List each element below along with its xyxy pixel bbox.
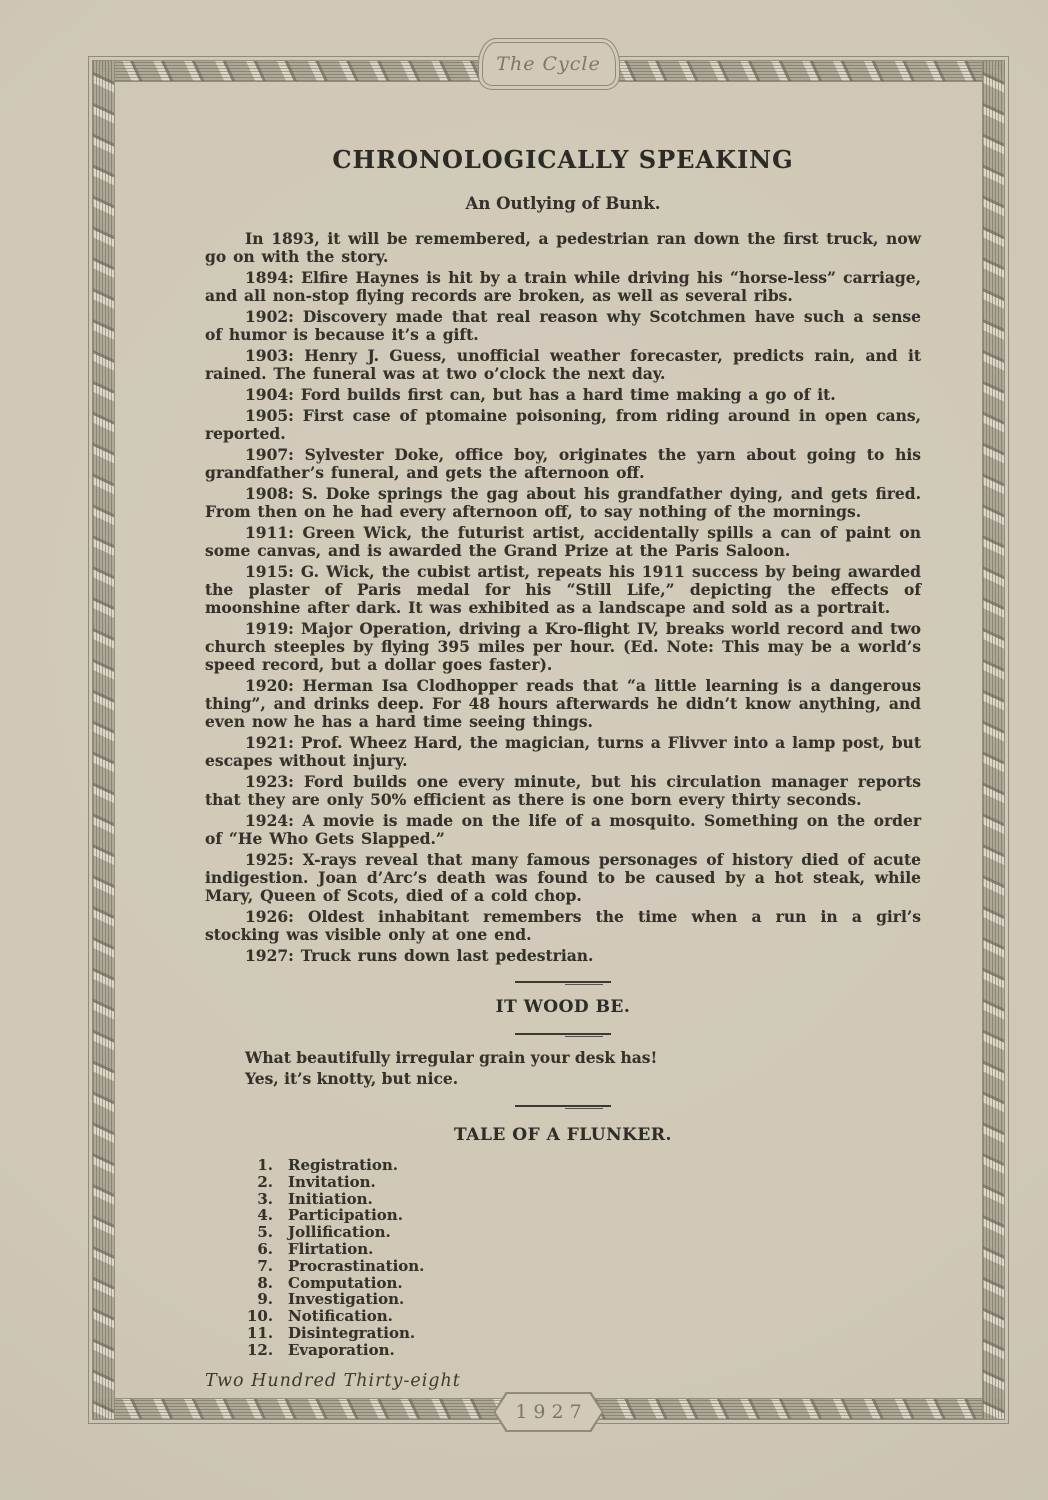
list-item-label: Procrastination. xyxy=(288,1258,424,1275)
chronology-entry: 1903: Henry J. Guess, unofficial weather… xyxy=(205,347,921,383)
chronology-entry: 1911: Green Wick, the futurist artist, a… xyxy=(205,524,921,560)
tale-of-a-flunker-heading: TALE OF A FLUNKER. xyxy=(205,1125,921,1145)
chronology-entry: In 1893, it will be remembered, a pedest… xyxy=(205,230,921,266)
list-item-number: 7. xyxy=(247,1258,273,1275)
chronology-entry: 1905: First case of ptomaine poisoning, … xyxy=(205,407,921,443)
list-item: 10.Notification. xyxy=(247,1308,921,1325)
list-item-number: 5. xyxy=(247,1224,273,1241)
chronology-entry: 1919: Major Operation, driving a Kro-fli… xyxy=(205,620,921,674)
list-item: 1.Registration. xyxy=(247,1157,921,1174)
chronology-entry: 1924: A movie is made on the life of a m… xyxy=(205,812,921,848)
chronology-entry: 1923: Ford builds one every minute, but … xyxy=(205,773,921,809)
list-item-number: 10. xyxy=(247,1308,273,1325)
it-wood-be-heading: IT WOOD BE. xyxy=(205,997,921,1017)
list-item-label: Registration. xyxy=(288,1157,398,1174)
list-item-label: Evaporation. xyxy=(288,1342,395,1359)
year-banner-badge: 1927 xyxy=(494,1392,604,1432)
the-cycle-banner-badge: The Cycle xyxy=(478,38,620,90)
list-item-number: 8. xyxy=(247,1275,273,1292)
year-badge-face: 1927 xyxy=(496,1394,602,1430)
chronology-entry: 1908: S. Doke springs the gag about his … xyxy=(205,485,921,521)
list-item-number: 4. xyxy=(247,1207,273,1224)
list-item-number: 3. xyxy=(247,1191,273,1208)
year-banner-label: 1927 xyxy=(509,1401,587,1423)
list-item-label: Invitation. xyxy=(288,1174,376,1191)
list-item-label: Initiation. xyxy=(288,1191,373,1208)
chronology-entry: 1904: Ford builds first can, but has a h… xyxy=(205,386,921,404)
list-item-label: Computation. xyxy=(288,1275,403,1292)
yearbook-page: The Cycle 1927 CHRONOLOGICALLY SPEAKING … xyxy=(0,0,1048,1500)
chronology-entry: 1894: Elfire Haynes is hit by a train wh… xyxy=(205,269,921,305)
list-item: 2.Invitation. xyxy=(247,1174,921,1191)
border-ornament-left xyxy=(92,60,115,1420)
chronology-section: In 1893, it will be remembered, a pedest… xyxy=(205,230,921,965)
chronology-entry: 1921: Prof. Wheez Hard, the magician, tu… xyxy=(205,734,921,770)
list-item-number: 6. xyxy=(247,1241,273,1258)
list-item-label: Investigation. xyxy=(288,1291,404,1308)
list-item-label: Notification. xyxy=(288,1308,393,1325)
list-item: 12.Evaporation. xyxy=(247,1342,921,1359)
list-item: 5.Jollification. xyxy=(247,1224,921,1241)
list-item: 8.Computation. xyxy=(247,1275,921,1292)
chronology-entry: 1925: X-rays reveal that many famous per… xyxy=(205,851,921,905)
list-item-number: 2. xyxy=(247,1174,273,1191)
section-divider xyxy=(515,1105,611,1109)
it-wood-be-joke: What beautifully irregular grain your de… xyxy=(245,1047,921,1089)
list-item: 6.Flirtation. xyxy=(247,1241,921,1258)
list-item: 9.Investigation. xyxy=(247,1291,921,1308)
joke-line: Yes, it’s knotty, but nice. xyxy=(245,1068,921,1089)
list-item-number: 9. xyxy=(247,1291,273,1308)
chronology-entry: 1927: Truck runs down last pedestrian. xyxy=(205,947,921,965)
page-subtitle: An Outlying of Bunk. xyxy=(205,194,921,214)
page-number: Two Hundred Thirty-eight xyxy=(205,1371,921,1391)
chronology-entry: 1920: Herman Isa Clodhopper reads that “… xyxy=(205,677,921,731)
chronology-entry: 1926: Oldest inhabitant remembers the ti… xyxy=(205,908,921,944)
list-item: 7.Procrastination. xyxy=(247,1258,921,1275)
section-divider xyxy=(515,981,611,985)
chronology-entry: 1907: Sylvester Doke, office boy, origin… xyxy=(205,446,921,482)
chronology-entry: 1902: Discovery made that real reason wh… xyxy=(205,308,921,344)
chronology-entry: 1915: G. Wick, the cubist artist, repeat… xyxy=(205,563,921,617)
border-ornament-right xyxy=(982,60,1005,1420)
joke-line: What beautifully irregular grain your de… xyxy=(245,1047,921,1068)
list-item-label: Disintegration. xyxy=(288,1325,415,1342)
list-item-label: Flirtation. xyxy=(288,1241,373,1258)
list-item-label: Participation. xyxy=(288,1207,403,1224)
list-item-label: Jollification. xyxy=(288,1224,391,1241)
list-item-number: 1. xyxy=(247,1157,273,1174)
list-item: 3.Initiation. xyxy=(247,1191,921,1208)
section-divider xyxy=(515,1033,611,1037)
list-item-number: 12. xyxy=(247,1342,273,1359)
flunker-list: 1.Registration. 2.Invitation. 3.Initiati… xyxy=(247,1157,921,1359)
list-item: 4.Participation. xyxy=(247,1207,921,1224)
page-content: CHRONOLOGICALLY SPEAKING An Outlying of … xyxy=(205,146,921,1391)
list-item-number: 11. xyxy=(247,1325,273,1342)
list-item: 11.Disintegration. xyxy=(247,1325,921,1342)
the-cycle-banner-label: The Cycle xyxy=(496,53,600,75)
page-title: CHRONOLOGICALLY SPEAKING xyxy=(205,146,921,174)
